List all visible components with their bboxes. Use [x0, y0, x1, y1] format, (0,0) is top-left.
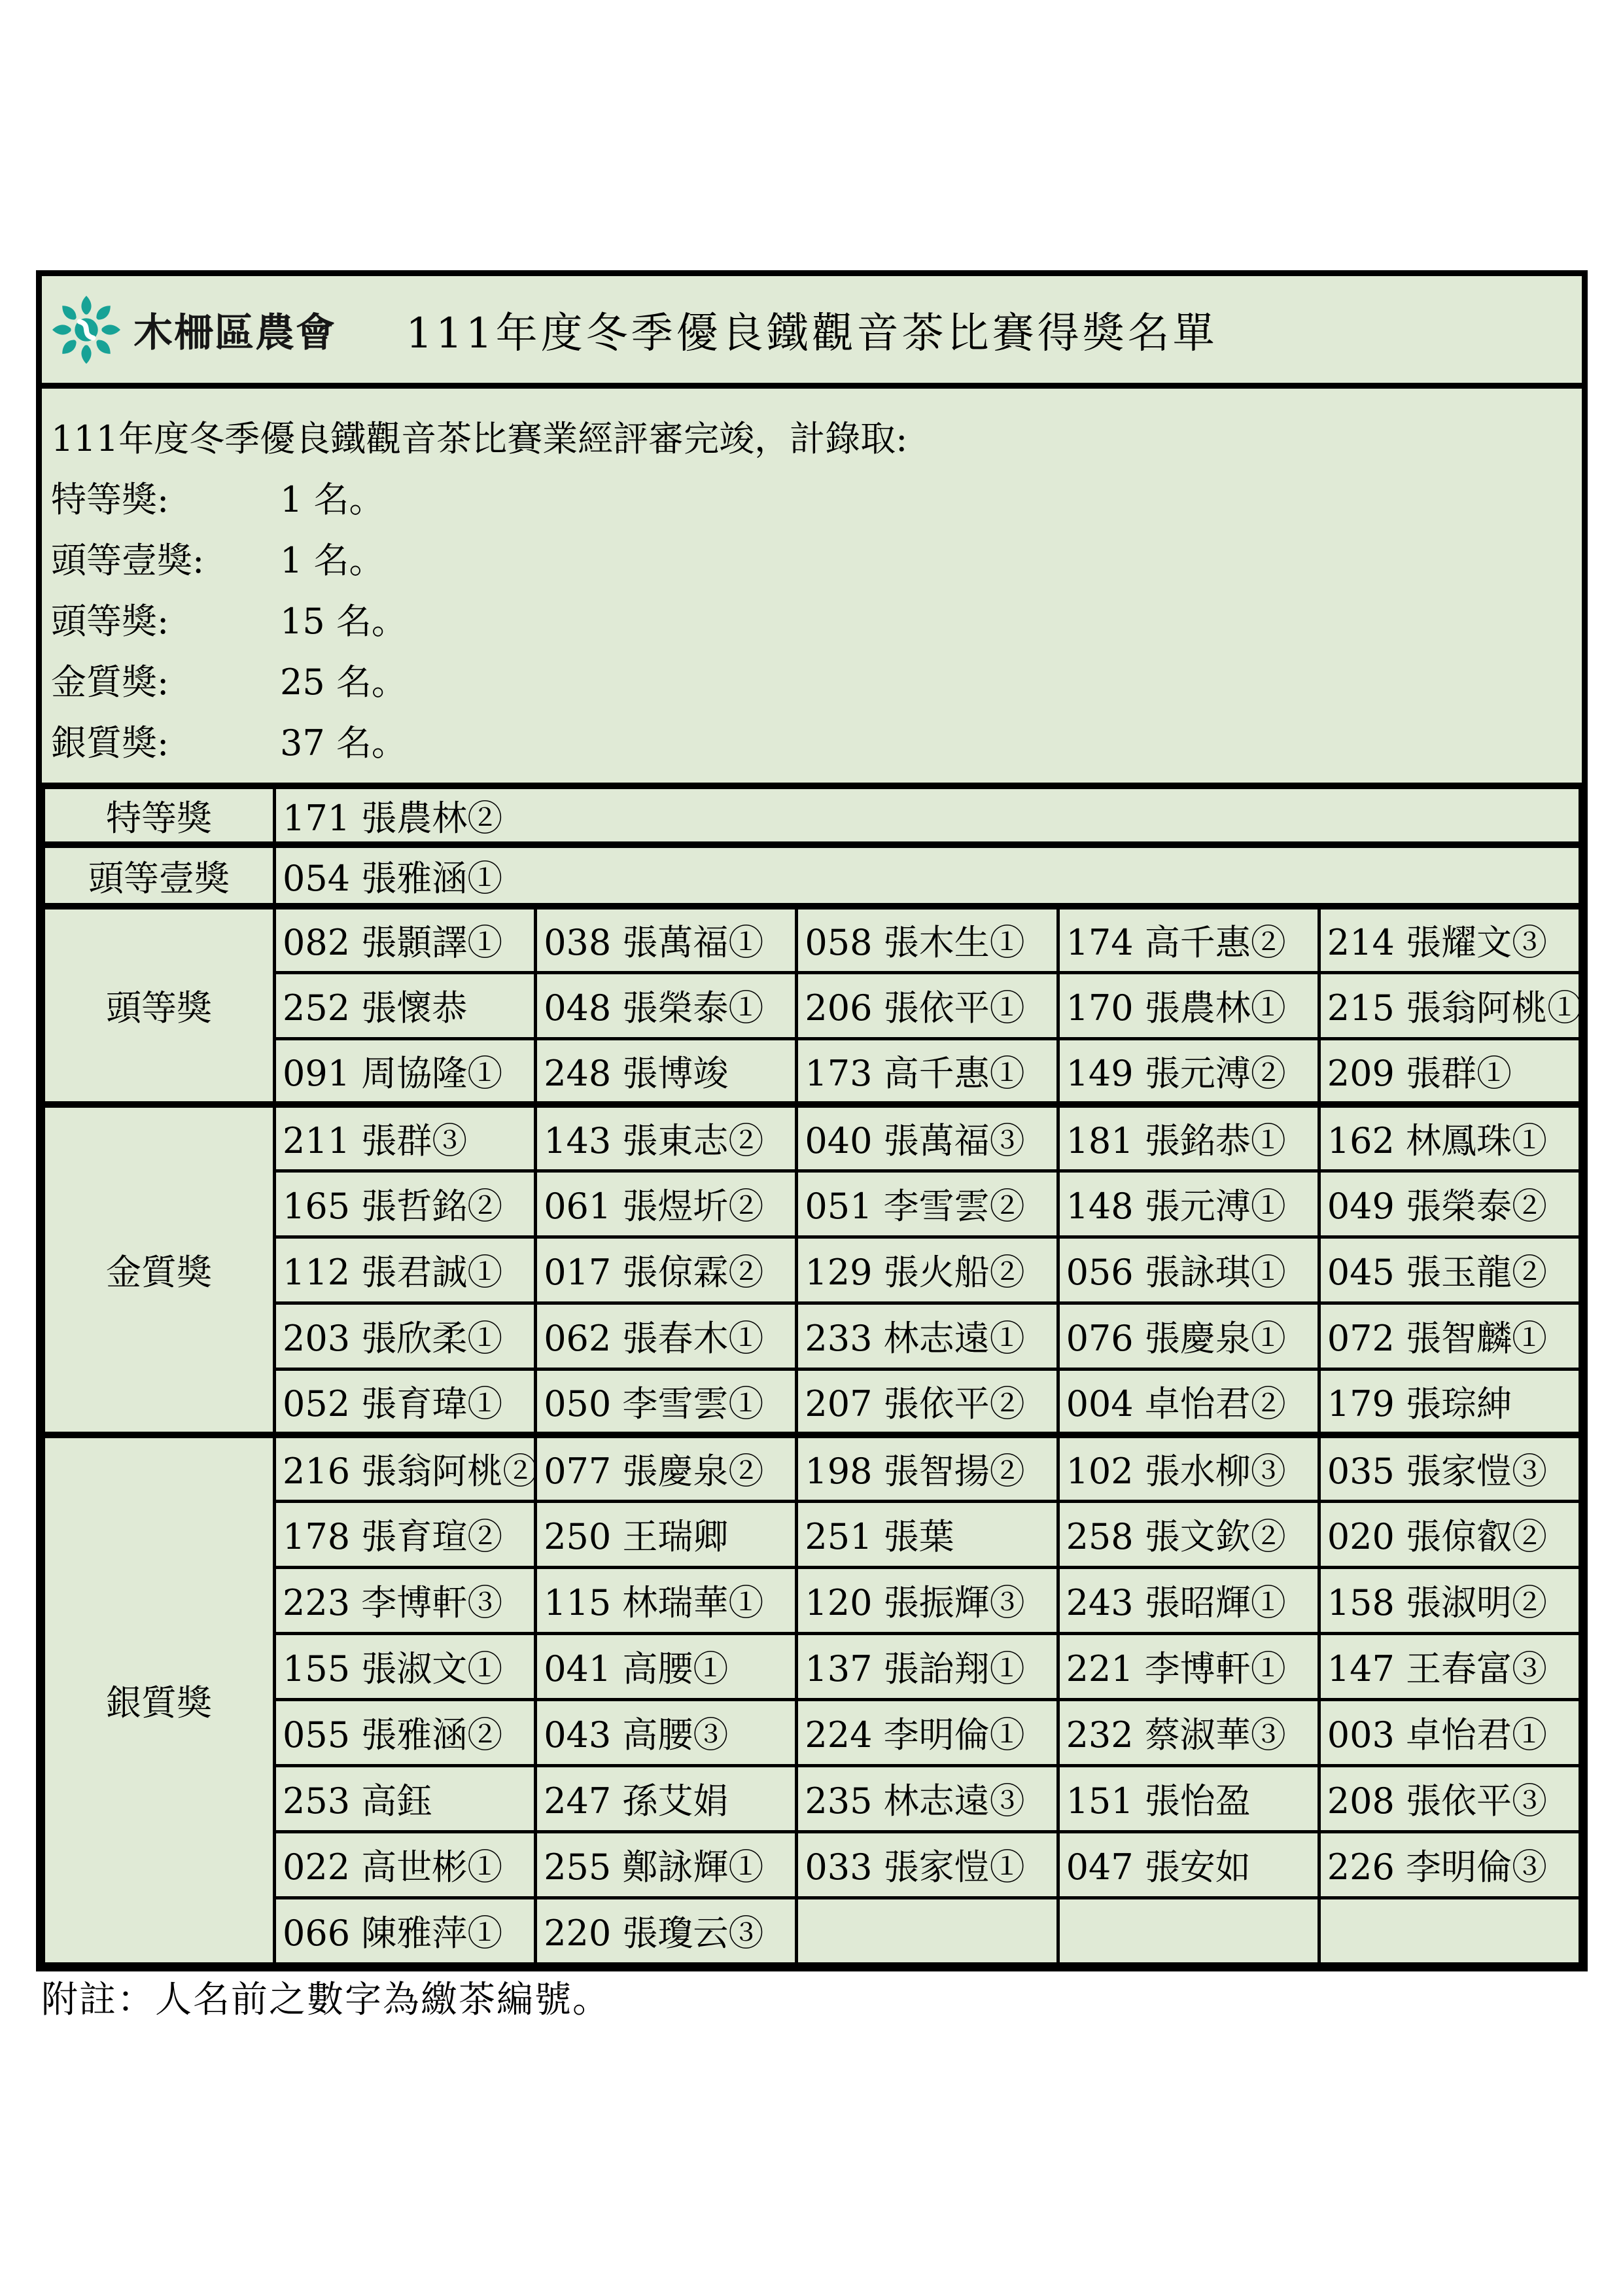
award-cell: 211 張群③	[275, 1104, 536, 1171]
award-cell: 233 林志遠①	[797, 1303, 1058, 1369]
gold-award-row: 112 張君誠① 017 張倞霖② 129 張火船② 056 張詠琪① 045 …	[44, 1237, 1580, 1303]
award-cell: 223 李博軒③	[275, 1567, 536, 1633]
award-cell: 052 張育瑋①	[275, 1369, 536, 1435]
award-group-label: 銀質獎	[44, 1435, 275, 1964]
award-cell: 051 李雪雲②	[797, 1171, 1058, 1237]
award-cell	[797, 1898, 1058, 1964]
silver-award-row: 155 張淑文① 041 高腰① 137 張詒翔① 221 李博軒① 147 王…	[44, 1633, 1580, 1699]
gold-award-row: 203 張欣柔① 062 張春木① 233 林志遠① 076 張慶泉① 072 …	[44, 1303, 1580, 1369]
award-cell: 208 張依平③	[1319, 1765, 1580, 1831]
award-cell: 047 張安如	[1058, 1831, 1319, 1898]
award-cell: 232 蔡淑華③	[1058, 1699, 1319, 1765]
silver-award-row: 253 高鈺 247 孫艾娟 235 林志遠③ 151 張怡盈 208 張依平③	[44, 1765, 1580, 1831]
award-cell: 020 張倞叡②	[1319, 1501, 1580, 1567]
silver-award-row: 銀質獎 216 張翁阿桃② 077 張慶泉② 198 張智揚② 102 張水柳③…	[44, 1435, 1580, 1501]
award-cell: 179 張琮紳	[1319, 1369, 1580, 1435]
silver-award-row: 066 陳雅萍① 220 張瓊云③	[44, 1898, 1580, 1964]
award-cell: 174 高千惠②	[1058, 906, 1319, 972]
award-cell: 226 李明倫③	[1319, 1831, 1580, 1898]
award-cell: 066 陳雅萍①	[275, 1898, 536, 1964]
award-cell: 151 張怡盈	[1058, 1765, 1319, 1831]
award-cell: 022 高世彬①	[275, 1831, 536, 1898]
award-cell: 214 張耀文③	[1319, 906, 1580, 972]
award-cell: 173 高千惠①	[797, 1038, 1058, 1104]
award-cell: 250 王瑞卿	[536, 1501, 797, 1567]
count-line-first-premium: 頭等壹獎:1 名。	[51, 530, 1575, 591]
award-cell: 056 張詠琪①	[1058, 1237, 1319, 1303]
award-cell: 072 張智麟①	[1319, 1303, 1580, 1369]
award-cell: 040 張萬福③	[797, 1104, 1058, 1171]
award-cell: 076 張慶泉①	[1058, 1303, 1319, 1369]
pinwheel-flower-icon	[52, 292, 120, 368]
award-cell: 004 卓怡君②	[1058, 1369, 1319, 1435]
award-cell: 178 張育瑄②	[275, 1501, 536, 1567]
award-cell: 049 張榮泰②	[1319, 1171, 1580, 1237]
award-cell: 112 張君誠①	[275, 1237, 536, 1303]
award-cell: 147 王春富③	[1319, 1633, 1580, 1699]
count-line-first: 頭等獎:15 名。	[51, 591, 1575, 652]
count-value: 1 名。	[280, 479, 385, 520]
award-cell: 171 張農林②	[275, 786, 1580, 845]
first-premium-row: 頭等壹獎 054 張雅涵①	[44, 845, 1580, 906]
count-value: 1 名。	[280, 540, 385, 581]
award-cell: 252 張懷恭	[275, 972, 536, 1038]
award-cell: 206 張依平①	[797, 972, 1058, 1038]
count-label: 頭等獎:	[51, 591, 280, 652]
award-cell: 198 張智揚②	[797, 1435, 1058, 1501]
org-name: 木柵區農會	[133, 302, 336, 358]
gold-award-row: 165 張哲銘② 061 張煜圻② 051 李雪雲② 148 張元溥① 049 …	[44, 1171, 1580, 1237]
award-cell: 148 張元溥①	[1058, 1171, 1319, 1237]
award-cell: 158 張淑明②	[1319, 1567, 1580, 1633]
brand: 木柵區農會	[42, 292, 336, 368]
award-cell: 102 張水柳③	[1058, 1435, 1319, 1501]
intro-summary: 111年度冬季優良鐵觀音茶比賽業經評審完竣，計錄取:	[51, 408, 1575, 469]
award-cell: 255 鄭詠輝①	[536, 1831, 797, 1898]
award-group-label: 頭等獎	[44, 906, 275, 1104]
award-cell: 137 張詒翔①	[797, 1633, 1058, 1699]
award-cell: 207 張依平②	[797, 1369, 1058, 1435]
silver-award-row: 055 張雅涵② 043 高腰③ 224 李明倫① 232 蔡淑華③ 003 卓…	[44, 1699, 1580, 1765]
award-group-label: 頭等壹獎	[44, 845, 275, 906]
award-cell: 043 高腰③	[536, 1699, 797, 1765]
award-cell: 082 張顥譯①	[275, 906, 536, 972]
award-cell: 129 張火船②	[797, 1237, 1058, 1303]
award-group-label: 特等獎	[44, 786, 275, 845]
count-label: 頭等壹獎:	[51, 530, 280, 591]
gold-award-row: 052 張育瑋① 050 李雪雲① 207 張依平② 004 卓怡君② 179 …	[44, 1369, 1580, 1435]
count-value: 25 名。	[280, 662, 407, 703]
count-value: 15 名。	[280, 601, 407, 642]
award-cell: 033 張家愷①	[797, 1831, 1058, 1898]
sheet-header: 木柵區農會 111年度冬季優良鐵觀音茶比賽得獎名單	[42, 276, 1582, 389]
award-cell: 220 張瓊云③	[536, 1898, 797, 1964]
count-line-gold: 金質獎:25 名。	[51, 652, 1575, 713]
award-cell: 050 李雪雲①	[536, 1369, 797, 1435]
award-cell: 054 張雅涵①	[275, 845, 1580, 906]
award-cell: 215 張翁阿桃①	[1319, 972, 1580, 1038]
count-label: 特等獎:	[51, 469, 280, 530]
count-line-special: 特等獎:1 名。	[51, 469, 1575, 530]
gold-award-row: 金質獎 211 張群③ 143 張東志② 040 張萬福③ 181 張銘恭① 1…	[44, 1104, 1580, 1171]
award-group-label: 金質獎	[44, 1104, 275, 1435]
award-cell: 003 卓怡君①	[1319, 1699, 1580, 1765]
award-cell: 251 張葉	[797, 1501, 1058, 1567]
award-cell: 041 高腰①	[536, 1633, 797, 1699]
first-award-row: 091 周協隆① 248 張博竣 173 高千惠① 149 張元溥② 209 張…	[44, 1038, 1580, 1104]
award-cell: 062 張春木①	[536, 1303, 797, 1369]
award-cell: 162 林鳳珠①	[1319, 1104, 1580, 1171]
award-cell: 165 張哲銘②	[275, 1171, 536, 1237]
award-cell: 224 李明倫①	[797, 1699, 1058, 1765]
award-cell: 170 張農林①	[1058, 972, 1319, 1038]
award-cell: 045 張玉龍②	[1319, 1237, 1580, 1303]
award-cell: 077 張慶泉②	[536, 1435, 797, 1501]
award-cell: 221 李博軒①	[1058, 1633, 1319, 1699]
award-cell: 017 張倞霖②	[536, 1237, 797, 1303]
award-sheet: 木柵區農會 111年度冬季優良鐵觀音茶比賽得獎名單 111年度冬季優良鐵觀音茶比…	[36, 270, 1588, 1971]
award-cell: 091 周協隆①	[275, 1038, 536, 1104]
silver-award-row: 223 李博軒③ 115 林瑞華① 120 張振輝③ 243 張昭輝① 158 …	[44, 1567, 1580, 1633]
award-cell: 143 張東志②	[536, 1104, 797, 1171]
award-cell: 058 張木生①	[797, 906, 1058, 972]
award-cell: 115 林瑞華①	[536, 1567, 797, 1633]
award-cell	[1319, 1898, 1580, 1964]
award-cell: 243 張昭輝①	[1058, 1567, 1319, 1633]
award-cell: 149 張元溥②	[1058, 1038, 1319, 1104]
award-cell: 035 張家愷③	[1319, 1435, 1580, 1501]
award-cell: 048 張榮泰①	[536, 972, 797, 1038]
count-label: 金質獎:	[51, 652, 280, 713]
awards-table: 特等獎 171 張農林② 頭等壹獎 054 張雅涵① 頭等獎 082 張顥譯① …	[42, 783, 1582, 1966]
award-cell	[1058, 1898, 1319, 1964]
award-cell: 209 張群①	[1319, 1038, 1580, 1104]
award-cell: 247 孫艾娟	[536, 1765, 797, 1831]
award-cell: 120 張振輝③	[797, 1567, 1058, 1633]
award-cell: 203 張欣柔①	[275, 1303, 536, 1369]
award-cell: 248 張博竣	[536, 1038, 797, 1104]
award-cell: 038 張萬福①	[536, 906, 797, 972]
silver-award-row: 178 張育瑄② 250 王瑞卿 251 張葉 258 張文欽② 020 張倞叡…	[44, 1501, 1580, 1567]
intro-box: 111年度冬季優良鐵觀音茶比賽業經評審完竣，計錄取: 特等獎:1 名。 頭等壹獎…	[42, 389, 1582, 783]
award-cell: 235 林志遠③	[797, 1765, 1058, 1831]
award-cell: 061 張煜圻②	[536, 1171, 797, 1237]
count-value: 37 名。	[280, 722, 407, 764]
first-award-row: 252 張懷恭 048 張榮泰① 206 張依平① 170 張農林① 215 張…	[44, 972, 1580, 1038]
first-award-row: 頭等獎 082 張顥譯① 038 張萬福① 058 張木生① 174 高千惠② …	[44, 906, 1580, 972]
silver-award-row: 022 高世彬① 255 鄭詠輝① 033 張家愷① 047 張安如 226 李…	[44, 1831, 1580, 1898]
award-cell: 055 張雅涵②	[275, 1699, 536, 1765]
count-line-silver: 銀質獎:37 名。	[51, 713, 1575, 773]
award-cell: 253 高鈺	[275, 1765, 536, 1831]
award-cell: 258 張文欽②	[1058, 1501, 1319, 1567]
count-label: 銀質獎:	[51, 713, 280, 773]
footnote: 附註：人名前之數字為繳茶編號。	[41, 1971, 610, 2023]
award-cell: 181 張銘恭①	[1058, 1104, 1319, 1171]
award-cell: 155 張淑文①	[275, 1633, 536, 1699]
special-award-row: 特等獎 171 張農林②	[44, 786, 1580, 845]
award-cell: 216 張翁阿桃②	[275, 1435, 536, 1501]
